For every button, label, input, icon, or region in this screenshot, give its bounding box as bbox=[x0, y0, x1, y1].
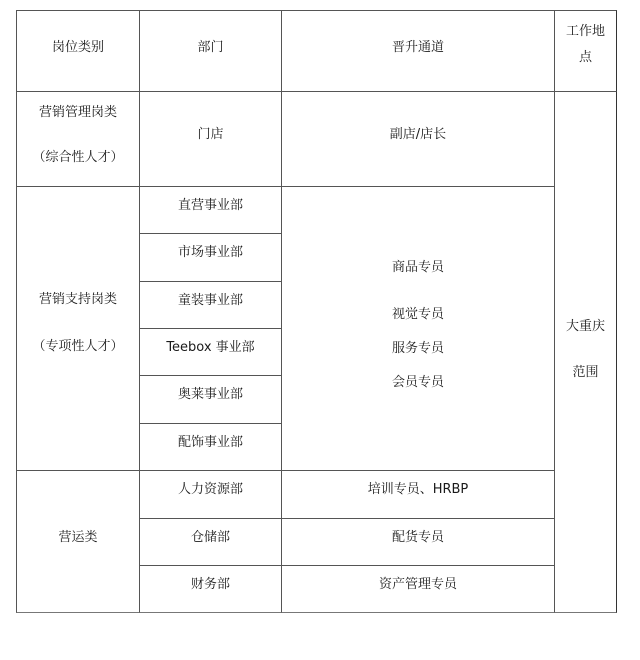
header-location-line2: 点 bbox=[579, 51, 592, 64]
header-location: 工作地 点 bbox=[554, 10, 617, 91]
location-cell: 大重庆 范围 bbox=[554, 91, 617, 613]
department-label: 财务部 bbox=[191, 578, 230, 591]
header-location-line1: 工作地 bbox=[566, 25, 605, 38]
path-label: 商品专员 bbox=[392, 261, 444, 274]
path-cell: 商品专员 视觉专员 服务专员 会员专员 bbox=[281, 186, 554, 470]
category-label: 营运类 bbox=[58, 531, 97, 544]
path-cell: 资产管理专员 bbox=[281, 565, 554, 613]
path-label: 会员专员 bbox=[392, 376, 444, 389]
department-cell: 配饰事业部 bbox=[139, 423, 281, 470]
header-department-label: 部门 bbox=[197, 41, 223, 54]
header-path: 晋升通道 bbox=[281, 10, 554, 91]
header-category-label: 岗位类别 bbox=[52, 41, 104, 54]
header-category: 岗位类别 bbox=[16, 10, 139, 91]
department-label: Teebox 事业部 bbox=[166, 341, 254, 354]
category-marketing-support: 营销支持岗类 （专项性人才） bbox=[16, 186, 139, 470]
department-cell: 市场事业部 bbox=[139, 233, 281, 281]
department-label: 市场事业部 bbox=[178, 246, 243, 259]
category-subtitle: （综合性人才） bbox=[32, 151, 123, 164]
location-line1: 大重庆 bbox=[566, 320, 605, 333]
path-label: 副店/店长 bbox=[390, 128, 446, 141]
department-label: 仓储部 bbox=[191, 531, 230, 544]
department-label: 人力资源部 bbox=[178, 483, 243, 496]
path-cell: 培训专员、HRBP bbox=[281, 470, 554, 518]
path-cell: 配货专员 bbox=[281, 518, 554, 565]
header-department: 部门 bbox=[139, 10, 281, 91]
department-cell: 门店 bbox=[139, 91, 281, 186]
department-cell: 人力资源部 bbox=[139, 470, 281, 518]
path-label: 配货专员 bbox=[392, 531, 444, 544]
header-path-label: 晋升通道 bbox=[392, 41, 444, 54]
department-cell: 仓储部 bbox=[139, 518, 281, 565]
department-label: 童装事业部 bbox=[178, 294, 243, 307]
location-line2: 范围 bbox=[572, 366, 598, 379]
category-subtitle: （专项性人才） bbox=[32, 340, 123, 353]
department-cell: Teebox 事业部 bbox=[139, 328, 281, 375]
department-cell: 童装事业部 bbox=[139, 281, 281, 328]
path-cell: 副店/店长 bbox=[281, 91, 554, 186]
department-label: 配饰事业部 bbox=[178, 436, 243, 449]
promotion-table: 岗位类别 部门 晋升通道 工作地 点 营销管理岗类 （综合性人才） 门店 副店/… bbox=[16, 10, 617, 613]
department-label: 奥莱事业部 bbox=[178, 388, 243, 401]
department-label: 门店 bbox=[197, 128, 223, 141]
path-label: 资产管理专员 bbox=[379, 578, 457, 591]
category-label: 营销管理岗类 bbox=[39, 106, 117, 119]
department-cell: 奥莱事业部 bbox=[139, 375, 281, 423]
category-operations: 营运类 bbox=[16, 470, 139, 613]
category-label: 营销支持岗类 bbox=[39, 293, 117, 306]
department-cell: 财务部 bbox=[139, 565, 281, 613]
path-label: 服务专员 bbox=[392, 342, 444, 355]
path-label: 视觉专员 bbox=[392, 308, 444, 321]
path-label: 培训专员、HRBP bbox=[368, 483, 469, 496]
category-marketing-management: 营销管理岗类 （综合性人才） bbox=[16, 91, 139, 186]
department-label: 直营事业部 bbox=[178, 199, 243, 212]
department-cell: 直营事业部 bbox=[139, 186, 281, 233]
